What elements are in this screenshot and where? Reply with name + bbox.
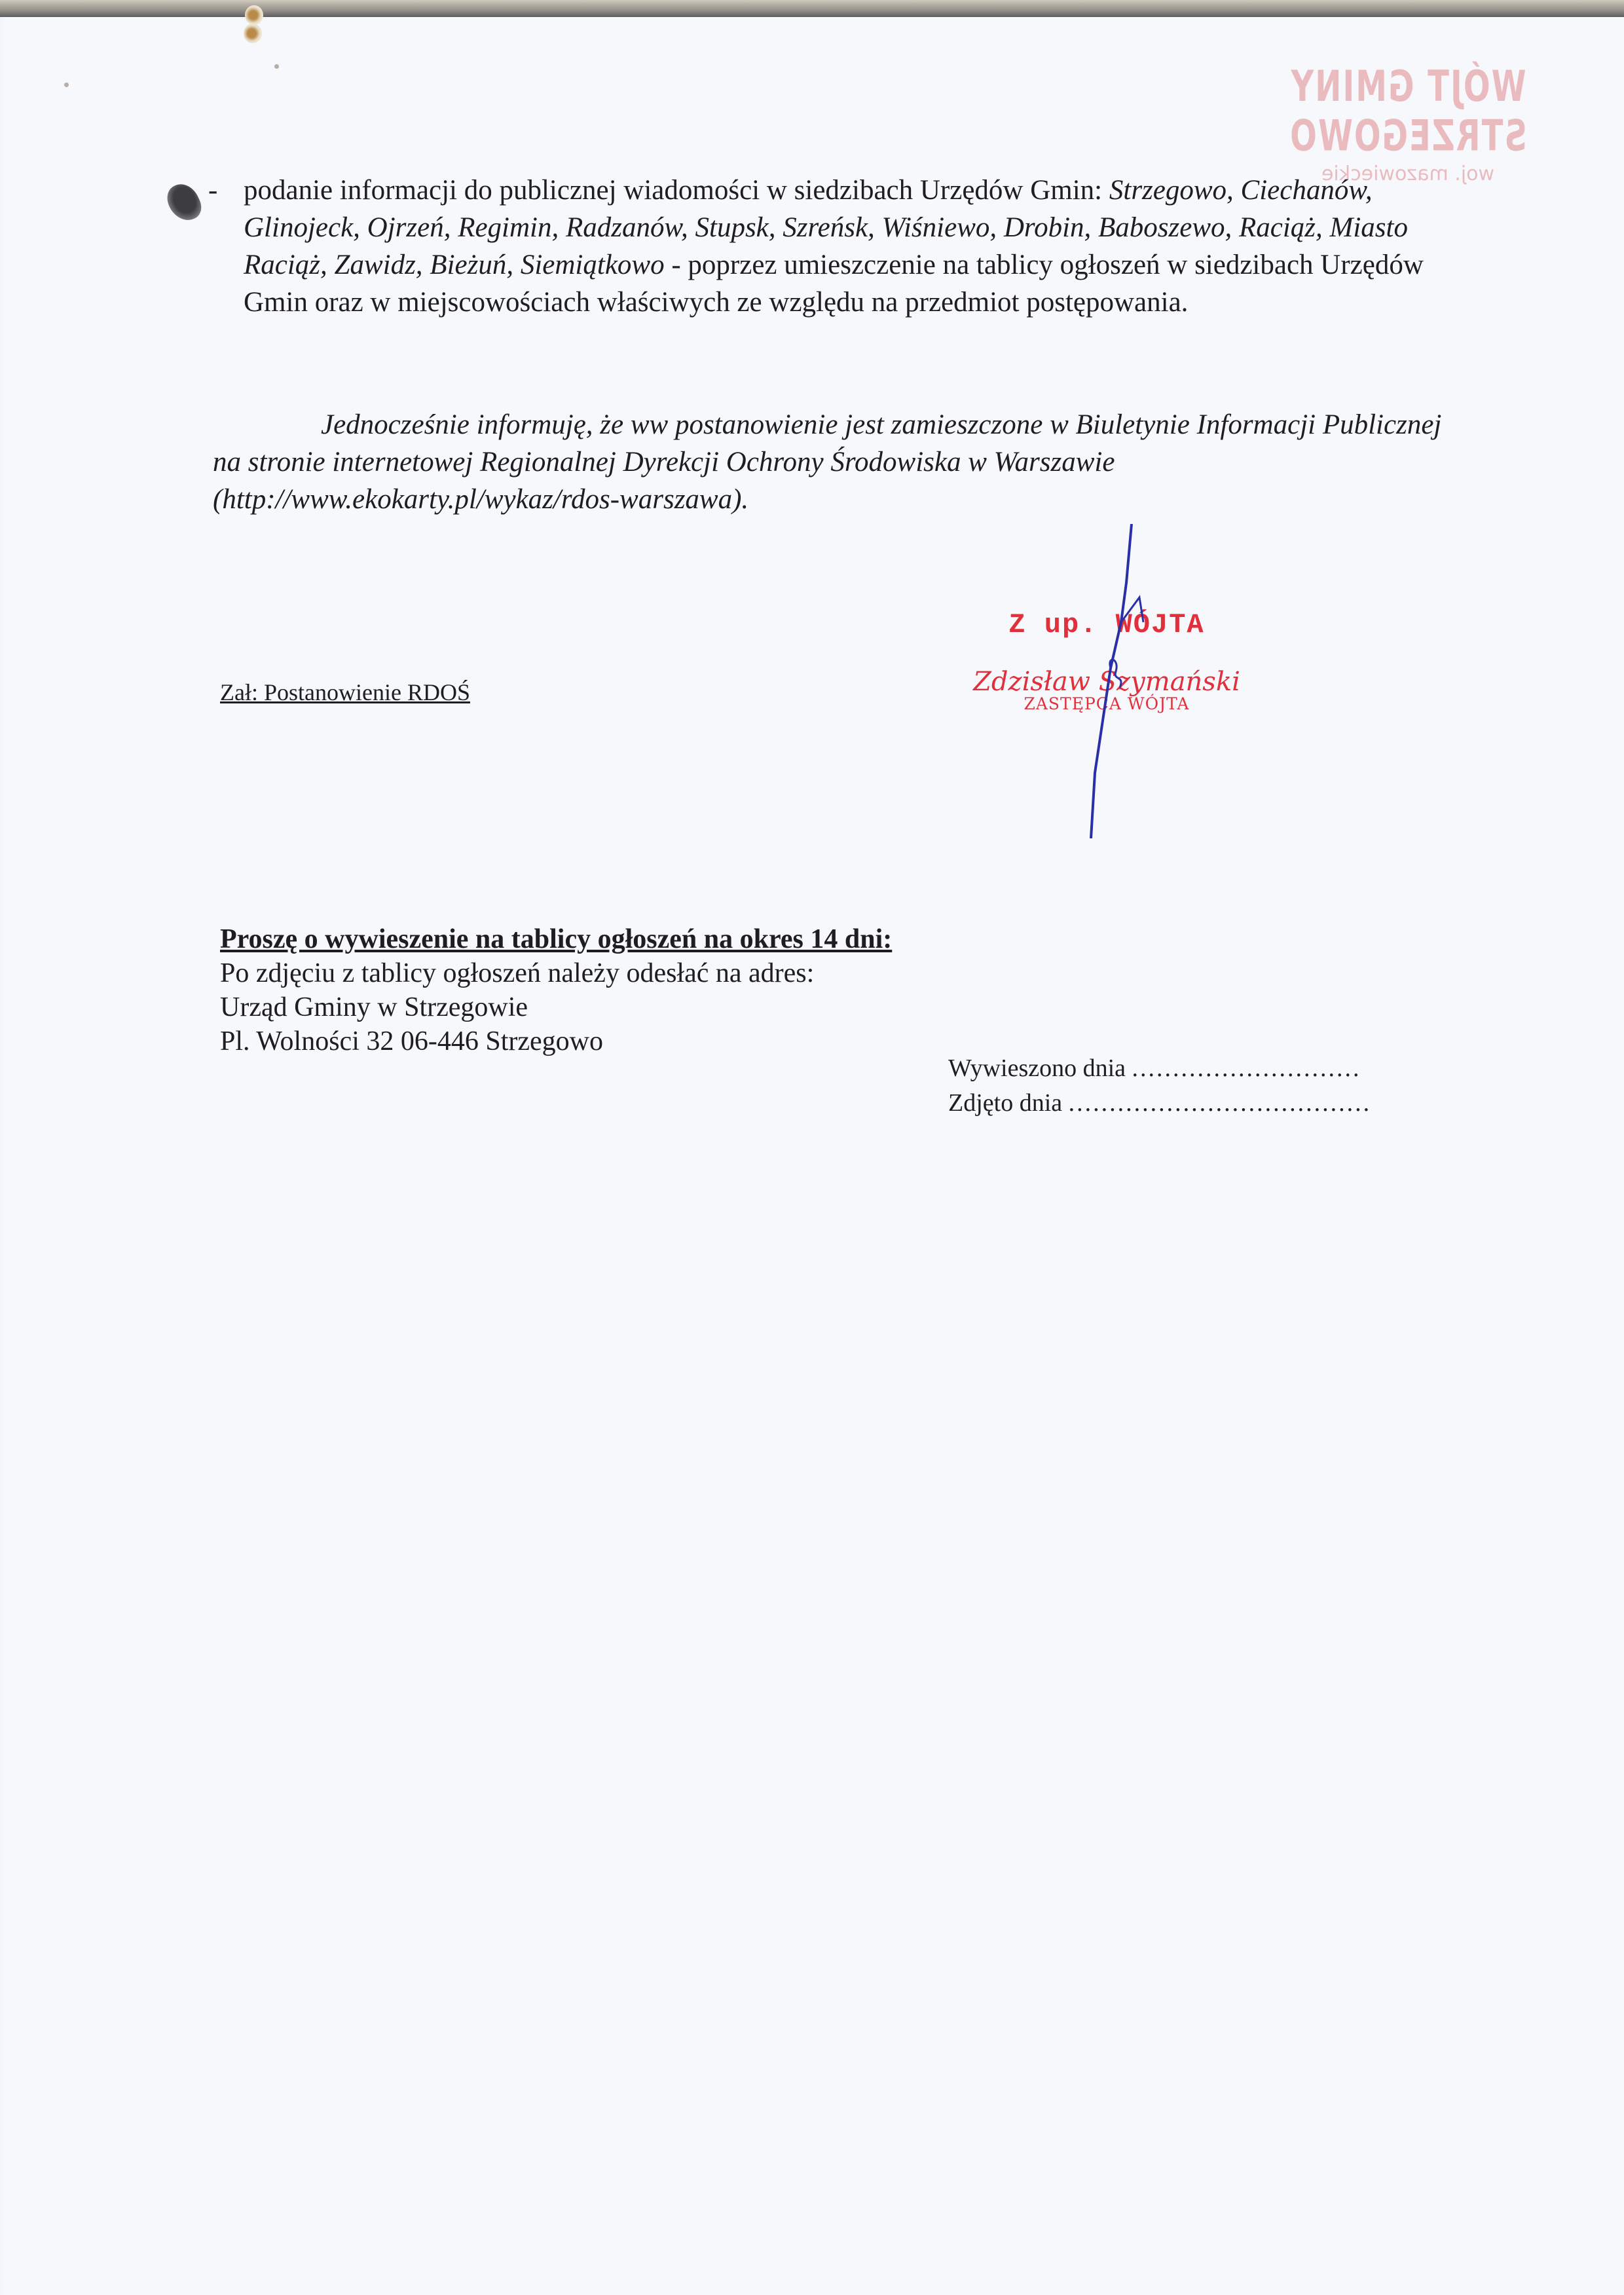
paper-speck bbox=[64, 83, 69, 87]
punch-hole bbox=[244, 24, 262, 43]
removed-label: Zdjęto dnia bbox=[948, 1089, 1062, 1117]
attachment-note: Zał: Postanowienie RDOŚ bbox=[220, 679, 470, 706]
posted-date-field[interactable]: ............................ bbox=[1132, 1054, 1361, 1082]
posted-date-row: Wywieszono dnia ........................… bbox=[948, 1051, 1371, 1086]
bullet-dash: - bbox=[208, 172, 217, 209]
notice-office-address: Pl. Wolności 32 06-446 Strzegowo bbox=[220, 1024, 892, 1058]
removed-date-row: Zdjęto dnia ............................… bbox=[948, 1086, 1371, 1121]
scanner-edge bbox=[0, 0, 1624, 17]
staple-hole bbox=[245, 5, 263, 25]
paper-speck bbox=[274, 64, 279, 69]
stamp-bleed-line1: WÓJT GMINY STRZEGOWO bbox=[1238, 62, 1578, 160]
publication-paragraph: podanie informacji do publicznej wiadomo… bbox=[244, 172, 1449, 321]
bip-info-paragraph: Jednocześnie informuję, że ww postanowie… bbox=[213, 406, 1457, 518]
posting-notice: Proszę o wywieszenie na tablicy ogłoszeń… bbox=[220, 922, 892, 1058]
removed-date-field[interactable]: ..................................... bbox=[1069, 1089, 1372, 1117]
posted-label: Wywieszono dnia bbox=[948, 1054, 1126, 1082]
notice-header: Proszę o wywieszenie na tablicy ogłoszeń… bbox=[220, 922, 892, 956]
stamp-bleed-through: WÓJT GMINY STRZEGOWO woj. mazowieckie bbox=[1238, 75, 1578, 185]
notice-office-name: Urząd Gminy w Strzegowie bbox=[220, 990, 892, 1024]
paragraph-lead: podanie informacji do publicznej wiadomo… bbox=[244, 175, 1109, 206]
handwritten-signature bbox=[1048, 524, 1179, 838]
notice-return-instruction: Po zdjęciu z tablicy ogłoszeń należy ode… bbox=[220, 956, 892, 990]
posting-dates: Wywieszono dnia ........................… bbox=[948, 1051, 1371, 1121]
document-page: WÓJT GMINY STRZEGOWO woj. mazowieckie bbox=[3, 17, 1624, 2295]
